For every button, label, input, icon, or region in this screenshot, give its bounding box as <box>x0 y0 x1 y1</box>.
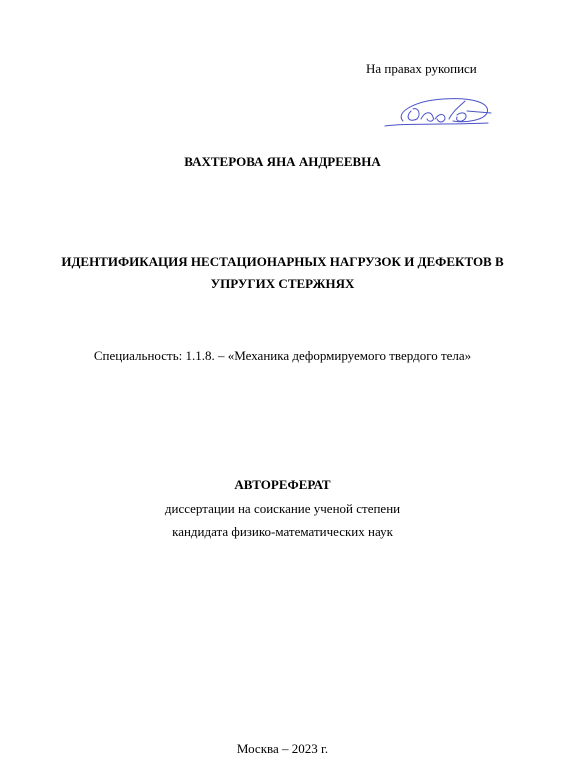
title-line-1: ИДЕНТИФИКАЦИЯ НЕСТАЦИОНАРНЫХ НАГРУЗОК И … <box>0 251 565 273</box>
abstract-heading: АВТОРЕФЕРАТ <box>0 477 565 493</box>
manuscript-note: На правах рукописи <box>366 61 477 77</box>
specialty: Специальность: 1.1.8. – «Механика деформ… <box>0 348 565 364</box>
abstract-subtitle-1: диссертации на соискание ученой степени <box>0 501 565 517</box>
city-year: Москва – 2023 г. <box>0 741 565 757</box>
signature-image <box>383 93 493 129</box>
dissertation-title: ИДЕНТИФИКАЦИЯ НЕСТАЦИОНАРНЫХ НАГРУЗОК И … <box>0 251 565 295</box>
abstract-subtitle-2: кандидата физико-математических наук <box>0 524 565 540</box>
author-name: ВАХТЕРОВА ЯНА АНДРЕЕВНА <box>0 154 565 170</box>
title-line-2: УПРУГИХ СТЕРЖНЯХ <box>0 273 565 295</box>
